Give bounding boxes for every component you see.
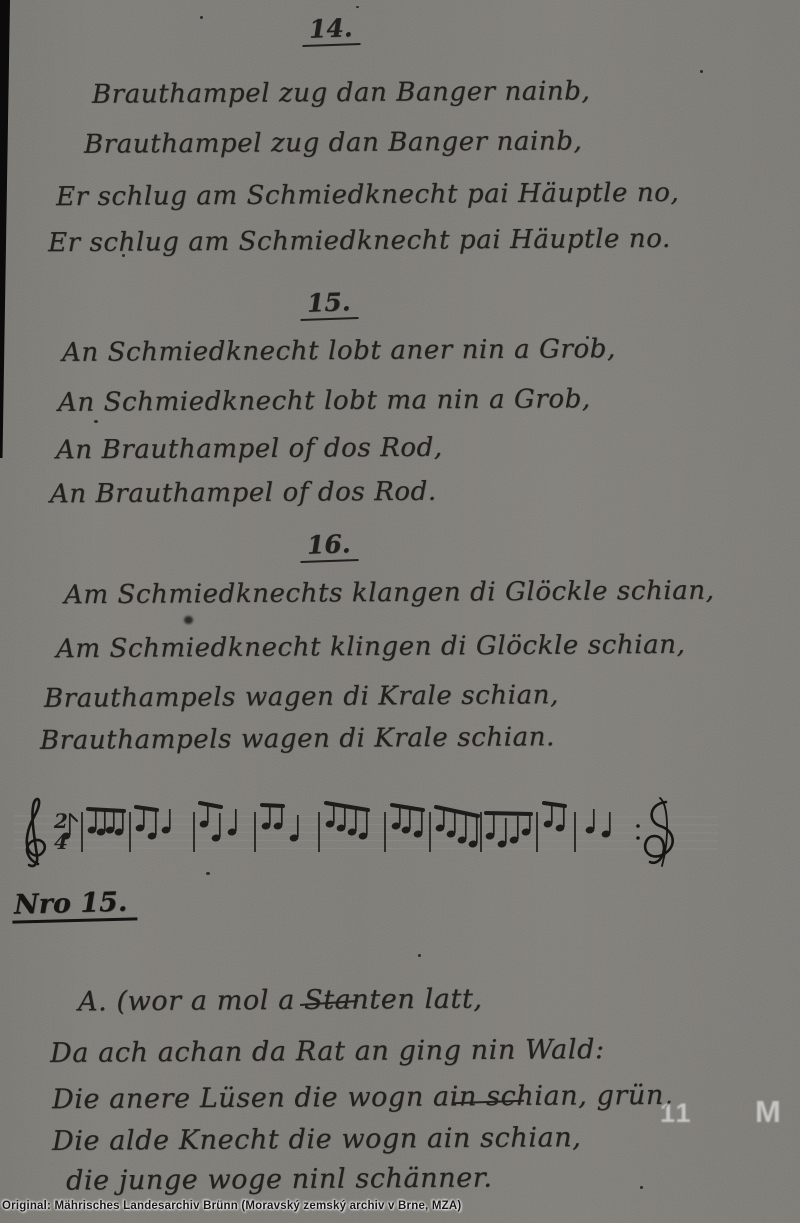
ink-speck (94, 420, 98, 423)
end-repeat-flourish (636, 798, 673, 866)
ink-speck (122, 254, 125, 257)
ink-speck (200, 16, 203, 19)
verse-line: Da ach achan da Rat an ging nin Wald: (50, 1034, 605, 1069)
verse-line: An Schmiedknecht lobt aner nin a Grob, (62, 334, 616, 368)
verse-line: An Schmiedknecht lobt ma nin a Grob, (58, 384, 591, 418)
verse-number-15: 15. (299, 287, 358, 321)
verse-line: An Brauthampel of dos Rod, (56, 433, 443, 466)
ink-speck (640, 1186, 643, 1189)
ink-blot (184, 616, 193, 624)
watermark-letter-m: M (755, 1094, 781, 1130)
film-edge-left (0, 0, 10, 458)
verse-line: An Brauthampel of dos Rod. (50, 477, 437, 510)
ink-speck (206, 872, 210, 875)
verse-number-16: 16. (299, 529, 358, 563)
verse-line: Brauthampel zug dan Banger nainb, (92, 76, 591, 109)
ink-speck (700, 70, 703, 73)
verse-line: Brauthampels wagen di Krale schian, (44, 680, 559, 714)
ink-speck (586, 336, 589, 339)
ink-speck (356, 6, 359, 8)
verse-line: Er schlug am Schmiedknecht pai Häuptle n… (48, 224, 671, 258)
manuscript-page: 14. Brauthampel zug dan Banger nainb, Br… (0, 0, 800, 1223)
music-staff-svg: 2 4 (8, 796, 724, 876)
verse-line: Brauthampel zug dan Banger nainb, (84, 126, 583, 159)
archive-caption: Original: Mährisches Landesarchiv Brünn … (2, 1200, 461, 1212)
verse-line: Brauthampels wagen di Krale schian. (40, 722, 555, 756)
verse-number-14: 14. (301, 13, 360, 47)
verse-line: Die anere Lüsen die wogn ain schian, grü… (52, 1080, 673, 1115)
verse-line: Am Schmiedknechts klangen di Glöckle sch… (64, 576, 715, 611)
verse-line: A. (wor a mol a Stanten latt, (78, 984, 483, 1018)
ink-speck (418, 954, 421, 957)
watermark-number: 11 (660, 1098, 693, 1129)
music-staff: 2 4 (8, 796, 724, 876)
verse-line: Die alde Knecht die wogn ain schian, (52, 1122, 582, 1157)
verse-line: Er schlug am Schmiedknecht pai Häuptle n… (56, 178, 680, 212)
song-number-label: Nro 15. (12, 886, 138, 923)
verse-line: Am Schmiedknecht klingen di Glöckle schi… (56, 630, 686, 664)
verse-line: die junge woge ninl schänner. (66, 1163, 493, 1197)
